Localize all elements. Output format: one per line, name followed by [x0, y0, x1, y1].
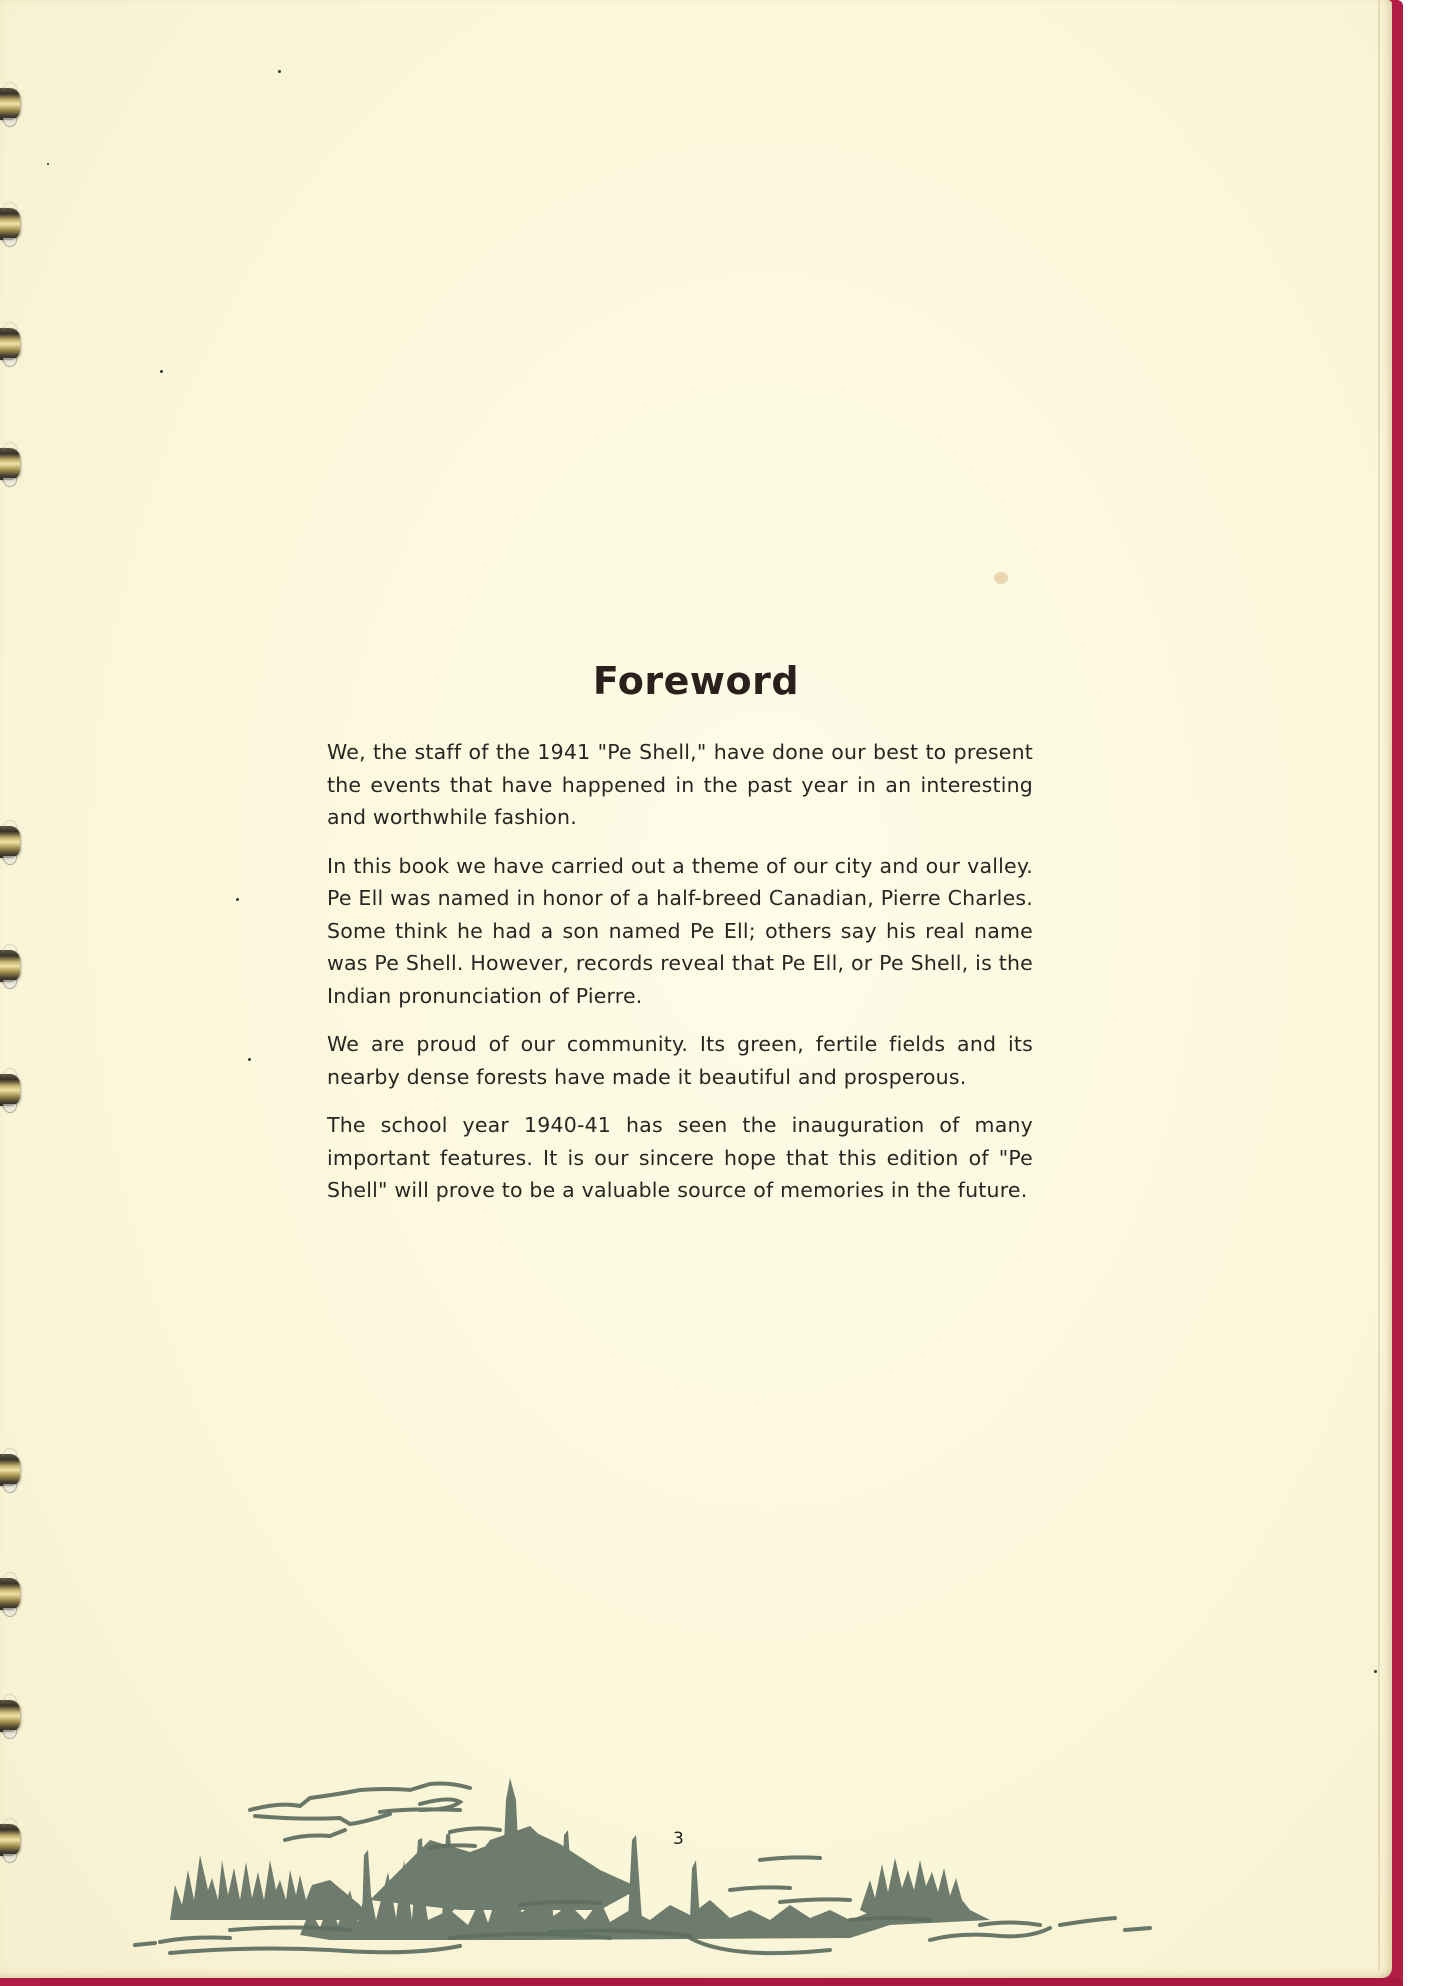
- binding-ring: [0, 950, 20, 982]
- paragraph: The school year 1940-41 has seen the ina…: [327, 1109, 1033, 1207]
- paragraph: In this book we have carried out a theme…: [327, 850, 1033, 1013]
- paper-speck: [160, 370, 163, 373]
- paper-speck: [1374, 1670, 1377, 1673]
- paper-speck: [47, 163, 49, 165]
- forest-mountain-illustration: [130, 1760, 1160, 1975]
- binding-ring: [0, 1074, 20, 1106]
- binding-ring: [0, 208, 20, 240]
- paper-stain: [994, 572, 1008, 584]
- book-cover-bottom-edge: [40, 1978, 1403, 1986]
- binding-ring: [0, 328, 20, 360]
- binding-ring: [0, 1454, 20, 1486]
- binding-ring: [0, 826, 20, 858]
- page-title: Foreword: [0, 659, 1392, 703]
- paper-speck: [248, 1058, 251, 1061]
- page-stack-edge: [1378, 0, 1380, 1970]
- binding-ring: [0, 1700, 20, 1732]
- paper-speck: [236, 898, 239, 901]
- paper-speck: [278, 70, 281, 73]
- page: Foreword We, the staff of the 1941 "Pe S…: [0, 0, 1392, 1978]
- foreword-body: We, the staff of the 1941 "Pe Shell," ha…: [327, 736, 1033, 1223]
- binding-ring: [0, 88, 20, 120]
- paragraph: We, the staff of the 1941 "Pe Shell," ha…: [327, 736, 1033, 834]
- binding-ring: [0, 448, 20, 480]
- page-number: 3: [673, 1829, 684, 1849]
- binding-ring: [0, 1824, 20, 1856]
- binding-ring: [0, 1578, 20, 1610]
- paragraph: We are proud of our community. Its green…: [327, 1028, 1033, 1093]
